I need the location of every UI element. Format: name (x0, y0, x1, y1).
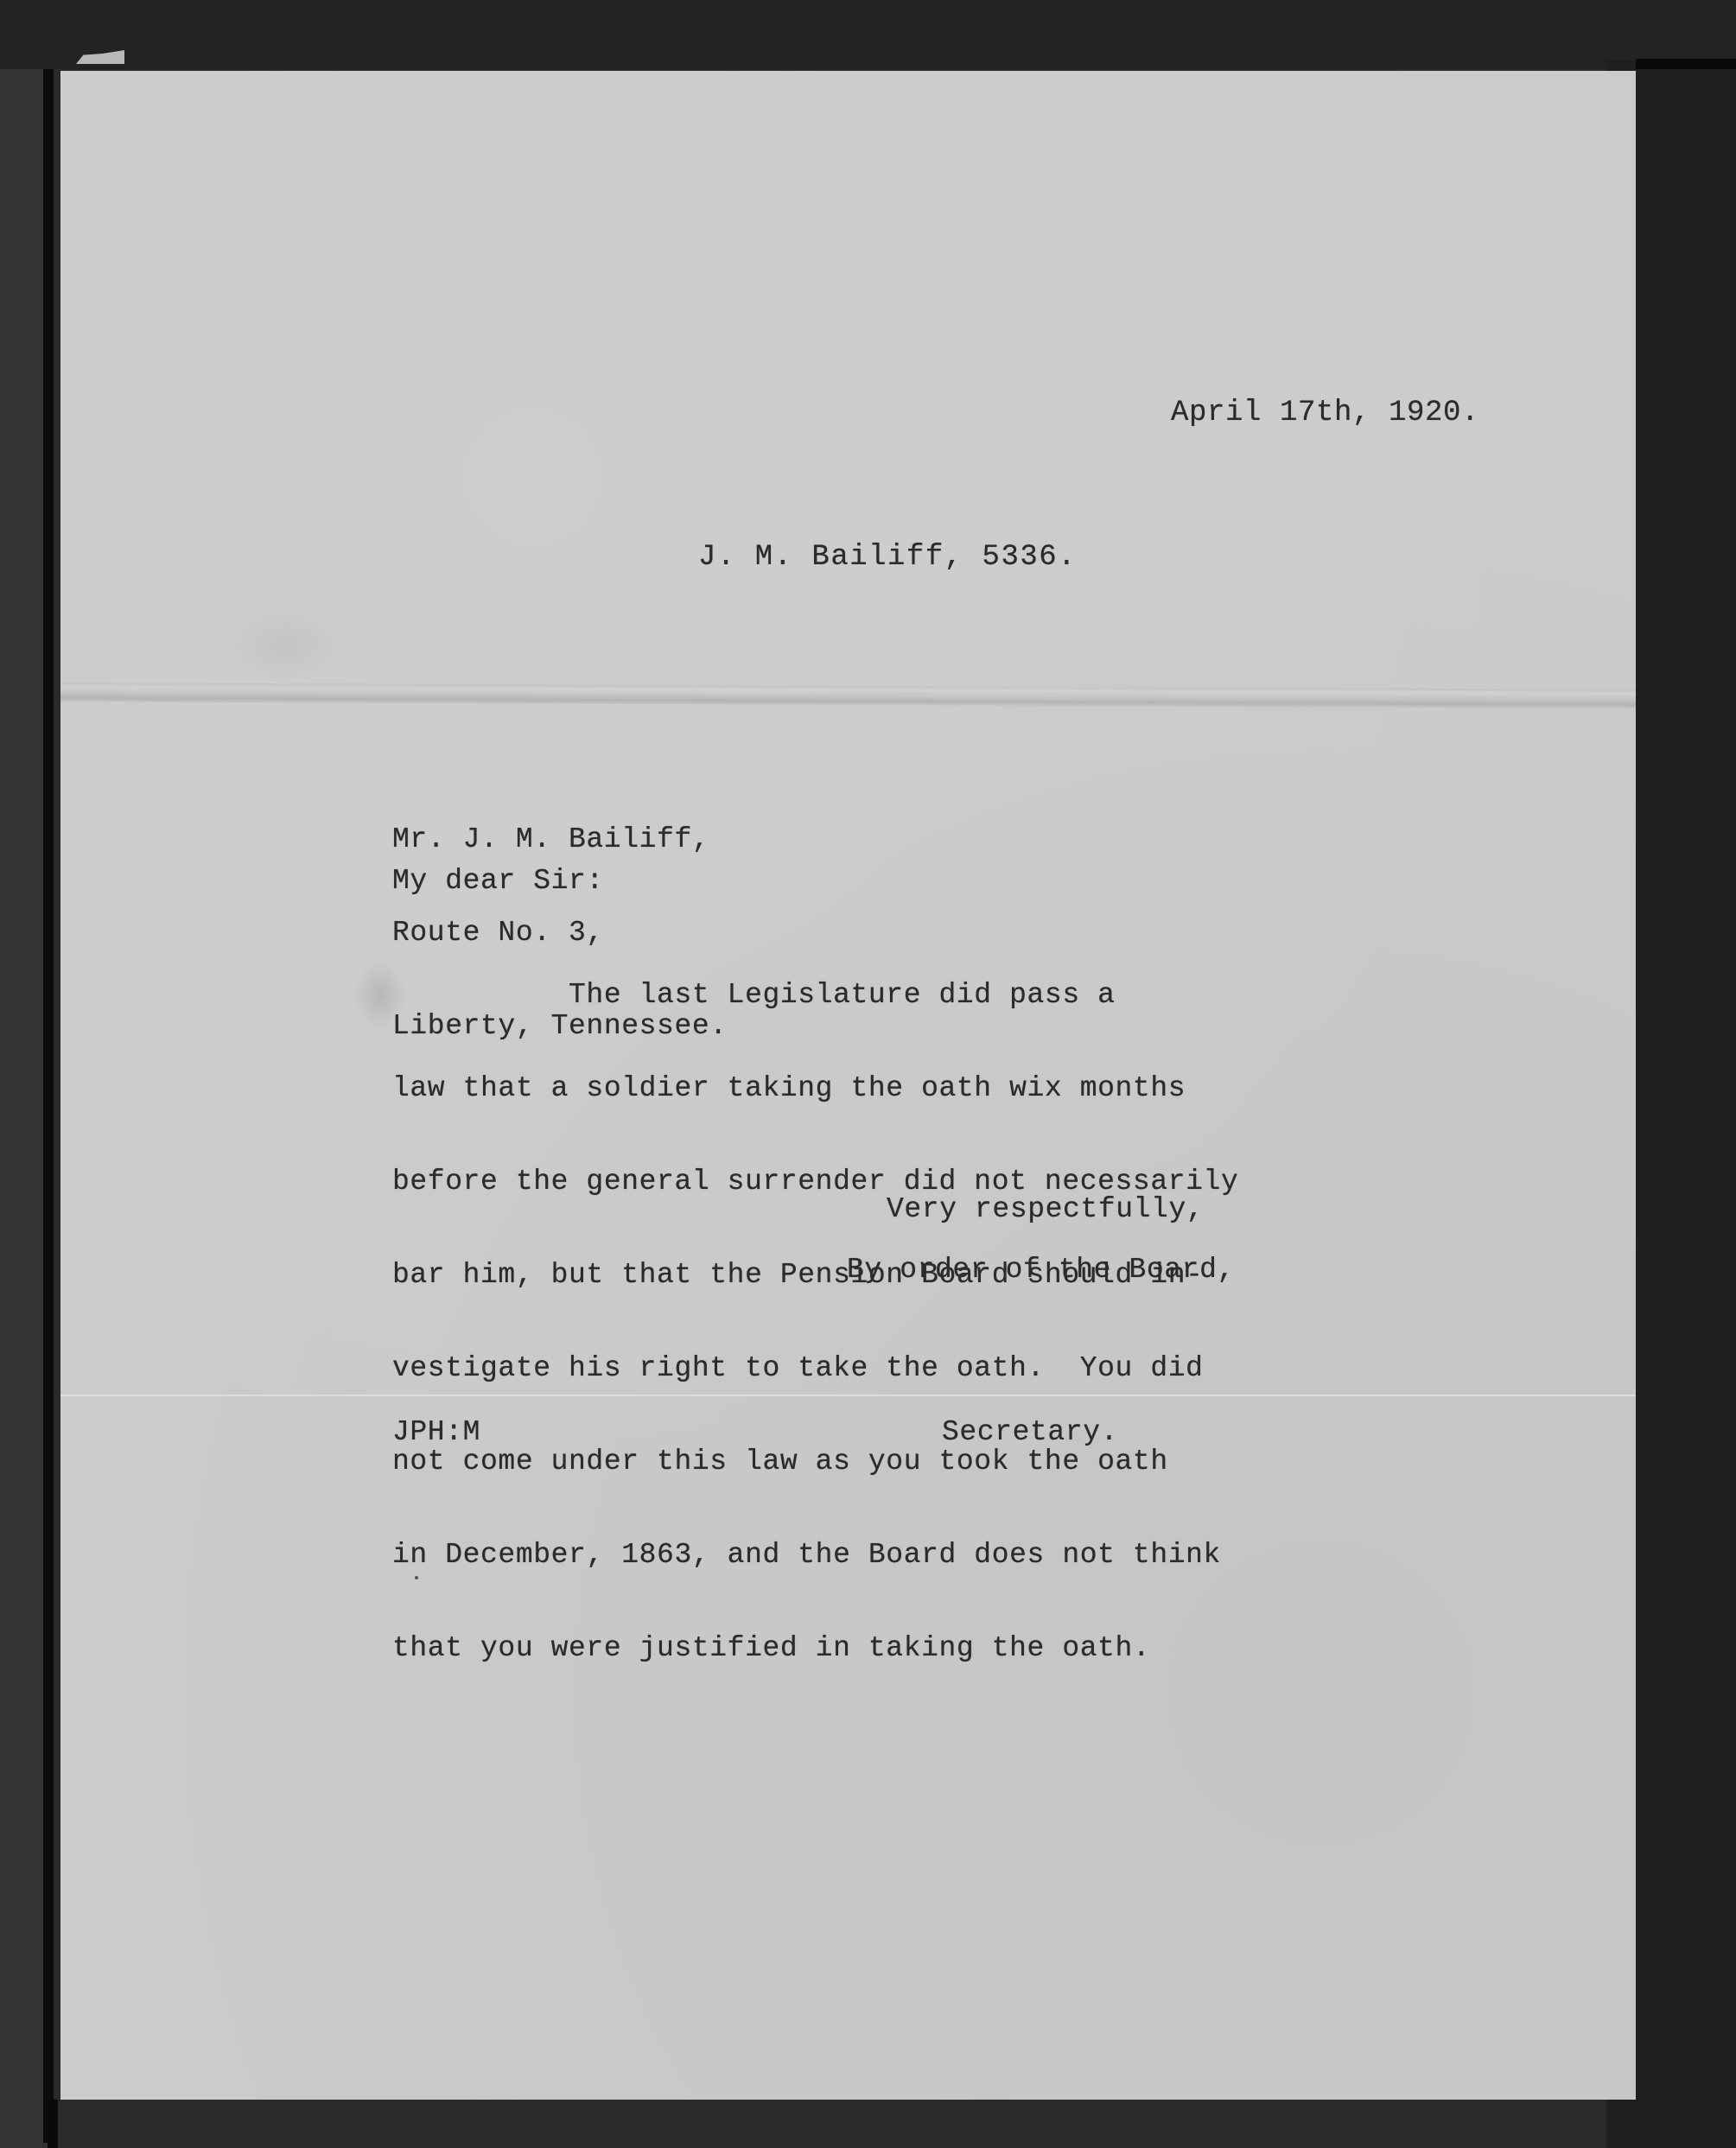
letter-page: April 17th, 1920. J. M. Bailiff, 5336. M… (60, 71, 1636, 2100)
reference-initials: JPH:M (392, 1417, 480, 1448)
body-line: not come under this law as you took the … (392, 1446, 1238, 1478)
body-line: that you were justified in taking the oa… (392, 1633, 1238, 1664)
closing-by-order: By order of the Board, (847, 1255, 1235, 1286)
letter-body: The last Legislature did pass a law that… (392, 918, 1238, 1726)
subject-heading: J. M. Bailiff, 5336. (698, 542, 1077, 573)
ink-speck (415, 1576, 418, 1579)
letter-date: April 17th, 1920. (1171, 397, 1479, 429)
paper-left-edge-shadow (43, 69, 54, 2143)
address-line-name: Mr. J. M. Bailiff, (392, 824, 728, 855)
salutation: My dear Sir: (392, 866, 604, 897)
body-line: vestigate his right to take the oath. Yo… (392, 1353, 1238, 1384)
paper-stain (225, 607, 346, 684)
body-line: law that a soldier taking the oath wix m… (392, 1073, 1238, 1104)
closing-respectfully: Very respectfully, (887, 1194, 1204, 1225)
scanner-backdrop-top (0, 0, 1736, 69)
body-line: in December, 1863, and the Board does no… (392, 1540, 1238, 1571)
signature-title: Secretary. (942, 1417, 1118, 1448)
paper-bottom-edge-shadow (48, 2100, 58, 2148)
body-line: The last Legislature did pass a (392, 980, 1238, 1011)
fold-line-upper (60, 683, 1636, 709)
paper-top-right-shadow (1636, 59, 1736, 69)
